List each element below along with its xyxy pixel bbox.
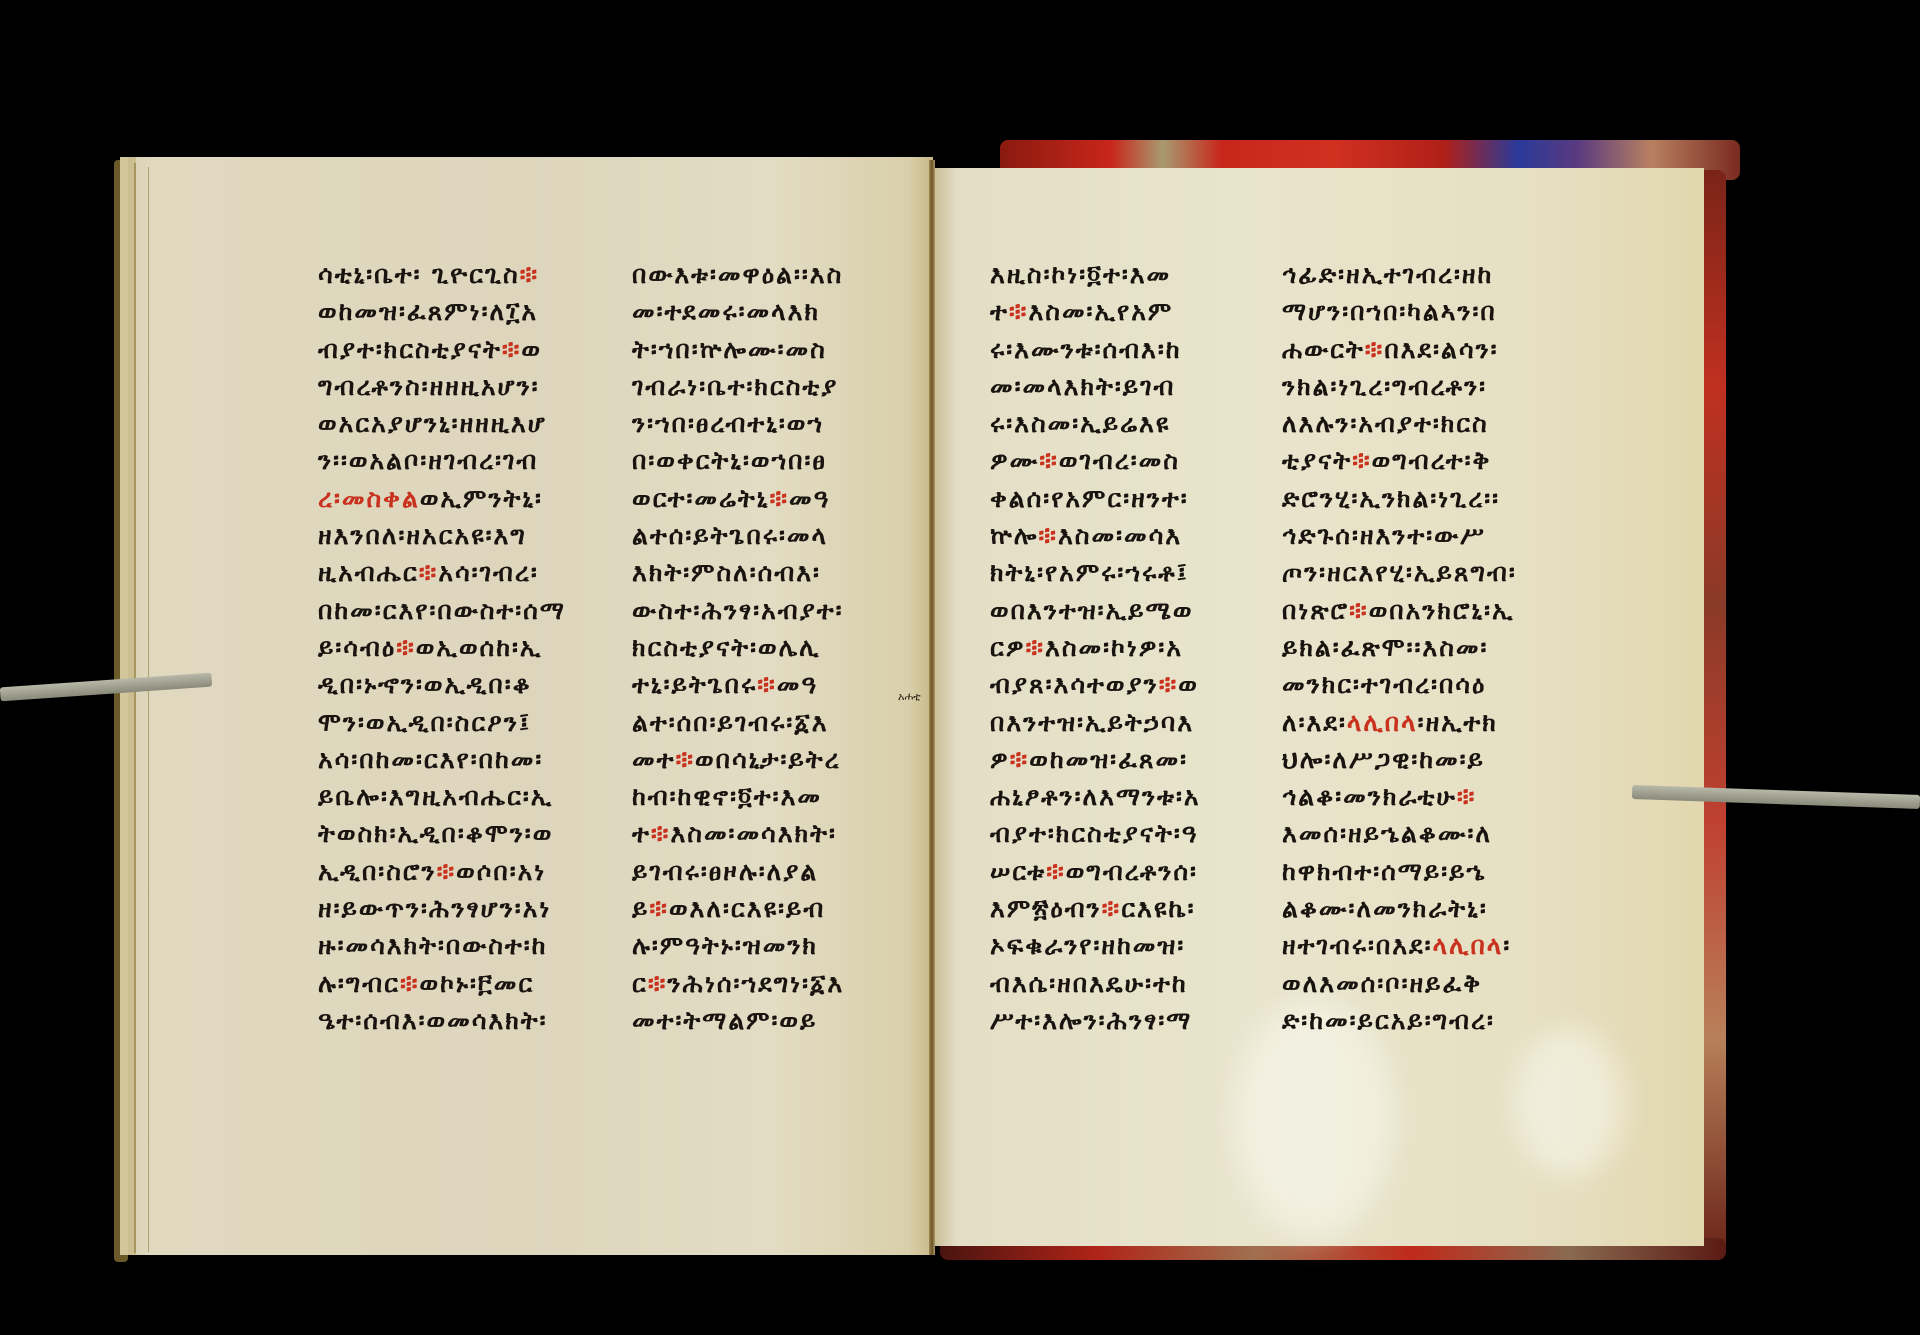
text-line: ወበእንተዝ፡ኢይሜወ [990, 592, 1201, 629]
text-line: በውእቱ፡መዋዕል፡፡እስ [632, 256, 844, 293]
text-line: ብእሴ፡ዘበእዴሁ፡ተከ [990, 965, 1201, 1002]
text-line: ከዋክብተ፡ሰማይ፡ይኄ [1282, 853, 1517, 890]
text-line: ር፨ንሕነሰ፡ኀደግነ፡፩እ [632, 965, 844, 1002]
text-line: ሠርቱ፨ወግብረቶንሰ፡ [990, 853, 1201, 890]
text-line: ሉ፡ግብር፨ወኮኑ፡፫መር [318, 965, 566, 1002]
text-line: ህሎ፡ለሥጋዊ፡ከመ፡ይ [1282, 741, 1517, 778]
text-line: ሳቲኒ፡ቤተ፡ ጊዮርጊስ፨ [318, 256, 566, 293]
text-line: ሐውርት፨በእደ፡ልሳን፡ [1282, 331, 1517, 368]
text-line: ለ፡እደ፡ላሊበላ፡ዘኢተክ [1282, 704, 1517, 741]
text-line: ገብራነ፡ቤተ፡ክርስቲያ [632, 368, 844, 405]
text-line: ት፡ኀበ፡ኵሎሙ፡መስ [632, 331, 844, 368]
text-line: ተ፨እስመ፡ኢየአም [990, 293, 1201, 330]
text-line: ን፡ኀበ፡ፀረብተኒ፡ወኀ [632, 405, 844, 442]
text-line: ዘተገብሩ፡በእደ፡ላሊበላ፡ [1282, 927, 1517, 964]
text-line-rubric: ቀልሰ፡የአምር፡ዘንተ፡ [990, 480, 1201, 517]
text-line: ሩ፡እስመ፡ኢይሬእዩ [990, 405, 1201, 442]
text-line: እም፳ዕብን፨ርእዩኬ፡ [990, 890, 1201, 927]
text-line: ይገብሩ፡ፀዞሉ፡ለያል [632, 853, 844, 890]
text-line: በ፡ወቀርትኒ፡ወኀበ፡ፀ [632, 442, 844, 479]
left-page-column-2: በውእቱ፡መዋዕል፡፡እስ መ፡ተደመሩ፡መላእክ ት፡ኀበ፡ኵሎሙ፡መስ ገብ… [632, 256, 844, 1039]
text-line: ሩ፡እሙንቱ፡ሰብእ፡ከ [990, 331, 1201, 368]
text-line: ብያጸ፡እሳተወያን፨ወ [990, 666, 1201, 703]
page-stack-edge [134, 163, 136, 1253]
text-line: መንክር፡ተገብረ፡በሳዕ [1282, 666, 1517, 703]
text-line: ሉ፡ምዓትኑ፡ዝመንክ [632, 927, 844, 964]
text-line: በእንተዝ፡ኢይትኃባእ [990, 704, 1201, 741]
text-line: ሞን፡ወኢዲበ፡ስርዖን፤ [318, 704, 566, 741]
text-line: ይ፡ሳብዕ፨ወኢወሰከ፡ኢ [318, 629, 566, 666]
text-line: ከብ፡ከዊኖ፡፬ተ፡እመ [632, 778, 844, 815]
right-page-column-2: ኅፊድ፡ዘኢተገብረ፡ዘከ ማሆን፡በኀበ፡ካልኣን፡በ ሐውርት፨በእደ፡ልሳ… [1282, 256, 1517, 1039]
text-line: ብያተ፡ክርስቲያናት፨ወ [318, 331, 566, 368]
water-stain [1514, 1028, 1624, 1178]
text-line: ሐኒፆቶን፡ለእማንቱ፡አ [990, 778, 1201, 815]
text-line: ወአርአያሆንኒ፡ዘዘዚእሆ [318, 405, 566, 442]
text-line: ኢዲበ፡ስሮን፨ወሶበ፡አነ [318, 853, 566, 890]
text-line: ውስተ፡ሕንፃ፡አብያተ፡ [632, 592, 844, 629]
text-line: መ፡መላእክት፡ይገብ [990, 368, 1201, 405]
text-line: ግብረቶንስ፡ዘዘዚአሆን፡ [318, 368, 566, 405]
text-line: በነጽሮ፨ወበአንክሮኒ፡ኢ [1282, 592, 1517, 629]
text-line: ቲያናት፨ወግብረተ፡ቅ [1282, 442, 1517, 479]
text-line: ንክል፡ነጊረ፡ግብረቶን፡ [1282, 368, 1517, 405]
text-line: ዲበ፡ኑኆን፡ወኢዲበ፡ቆ [318, 666, 566, 703]
text-line: ወለእመሰ፡ቦ፡ዘይፈቅ [1282, 965, 1517, 1002]
text-line: ዎ፨ወከመዝ፡ፈጸመ፡ [990, 741, 1201, 778]
text-line: ወከመዝ፡ፈጸምነ፡ለ፲አ [318, 293, 566, 330]
page-stack-edge [148, 167, 149, 1252]
right-page-column-1: እዚስ፡ኮነ፡፬ተ፡እመ ተ፨እስመ፡ኢየአም ሩ፡እሙንቱ፡ሰብእ፡ከ መ፡መ… [990, 256, 1201, 1039]
text-line: ልቆሙ፡ለመንክራትኒ፡ [1282, 890, 1517, 927]
text-line: ርዎ፨እስመ፡ኮነዎ፡አ [990, 629, 1201, 666]
text-line: ጦን፡ዘርእየሂ፡ኢይጸግብ፡ [1282, 554, 1517, 591]
text-line: ክርስቲያናት፡ወሌሊ [632, 629, 844, 666]
text-line: ብያተ፡ክርስቲያናት፡ዓ [990, 815, 1201, 852]
text-line: ዔተ፡ሰብእ፡ወመሳእክት፡ [318, 1002, 566, 1039]
left-page-column-1: ሳቲኒ፡ቤተ፡ ጊዮርጊስ፨ ወከመዝ፡ፈጸምነ፡ለ፲አ ብያተ፡ክርስቲያናት… [318, 256, 566, 1039]
text-line: ልተሰ፡ይትጌበሩ፡መላ [632, 517, 844, 554]
marginal-note: አሐቲ [898, 690, 921, 704]
text-line: ኅልቆ፡መንክራቲሁ፨ [1282, 778, 1517, 815]
text-line: ተ፨እስመ፡መሳእክት፡ [632, 815, 844, 852]
text-line: ተኒ፡ይትጌበሩ፨መዓ [632, 666, 844, 703]
text-line: ዘ፡ይውጥን፡ሕንፃሆን፡አነ [318, 890, 566, 927]
text-line: ኅፊድ፡ዘኢተገብረ፡ዘከ [1282, 256, 1517, 293]
text-line: ዎሙ፨ወገብረ፡መስ [990, 442, 1201, 479]
text-line: ልተ፡ሰበ፡ይገብሩ፡፩እ [632, 704, 844, 741]
text-line: ኵሎ፨እስመ፡መሳእ [990, 517, 1201, 554]
book-gutter [929, 160, 935, 1255]
text-line: እመሰ፡ዘይኄልቆሙ፡ለ [1282, 815, 1517, 852]
text-line: ኦፍቁራንየ፡ዘከመዝ፡ [990, 927, 1201, 964]
text-line: ድ፡ከመ፡ይርአይ፡ግብረ፡ [1282, 1002, 1517, 1039]
text-line: መተ፨ወበሳኒታ፡ይትረ [632, 741, 844, 778]
text-line: ማሆን፡በኀበ፡ካልኣን፡በ [1282, 293, 1517, 330]
text-line: ይ፨ወእለ፡ርእዩ፡ይብ [632, 890, 844, 927]
text-line: ን፡፡ወአልቦ፡ዘገብረ፡ገብ [318, 442, 566, 479]
text-line: ይክል፡ፈጽሞ፡፡እስመ፡ [1282, 629, 1517, 666]
text-line: ዚአብሔር፨አሳ፡ገብረ፡ [318, 554, 566, 591]
text-line: በከመ፡ርእየ፡በውስተ፡ሰማ [318, 592, 566, 629]
text-line: ለእሉን፡አብያተ፡ክርስ [1282, 405, 1517, 442]
text-line: ክትኒ፡የአምሩ፡ኀሩቶ፤ [990, 554, 1201, 591]
text-line: ዙ፡መሳእክት፡በውስተ፡ከ [318, 927, 566, 964]
text-line-rubric: ረ፡መስቀልወኢምንትኒ፡ [318, 480, 566, 517]
text-line: ትወስክ፡ኢዲበ፡ቆሞን፡ወ [318, 815, 566, 852]
text-line: መ፡ተደመሩ፡መላእክ [632, 293, 844, 330]
text-line: አሳ፡በከመ፡ርእየ፡በከመ፡ [318, 741, 566, 778]
text-line: ኅድጉሰ፡ዘእንተ፡ውሥ [1282, 517, 1517, 554]
text-line: መተ፡ትማልም፡ወይ [632, 1002, 844, 1039]
text-line: እዚስ፡ኮነ፡፬ተ፡እመ [990, 256, 1201, 293]
text-line: ወርተ፡መሬትኒ፨መዓ [632, 480, 844, 517]
text-line: ሥተ፡እሎን፡ሕንፃ፡ማ [990, 1002, 1201, 1039]
text-line: ድሮንሂ፡ኢንክል፡ነጊረ፡፡ [1282, 480, 1517, 517]
text-line: ዘእንበለ፡ዘአርአዩ፡እግ [318, 517, 566, 554]
text-line: እክት፡ምስለ፡ሰብእ፡ [632, 554, 844, 591]
text-line: ይቤሎ፡እግዚአብሔር፡ኢ [318, 778, 566, 815]
